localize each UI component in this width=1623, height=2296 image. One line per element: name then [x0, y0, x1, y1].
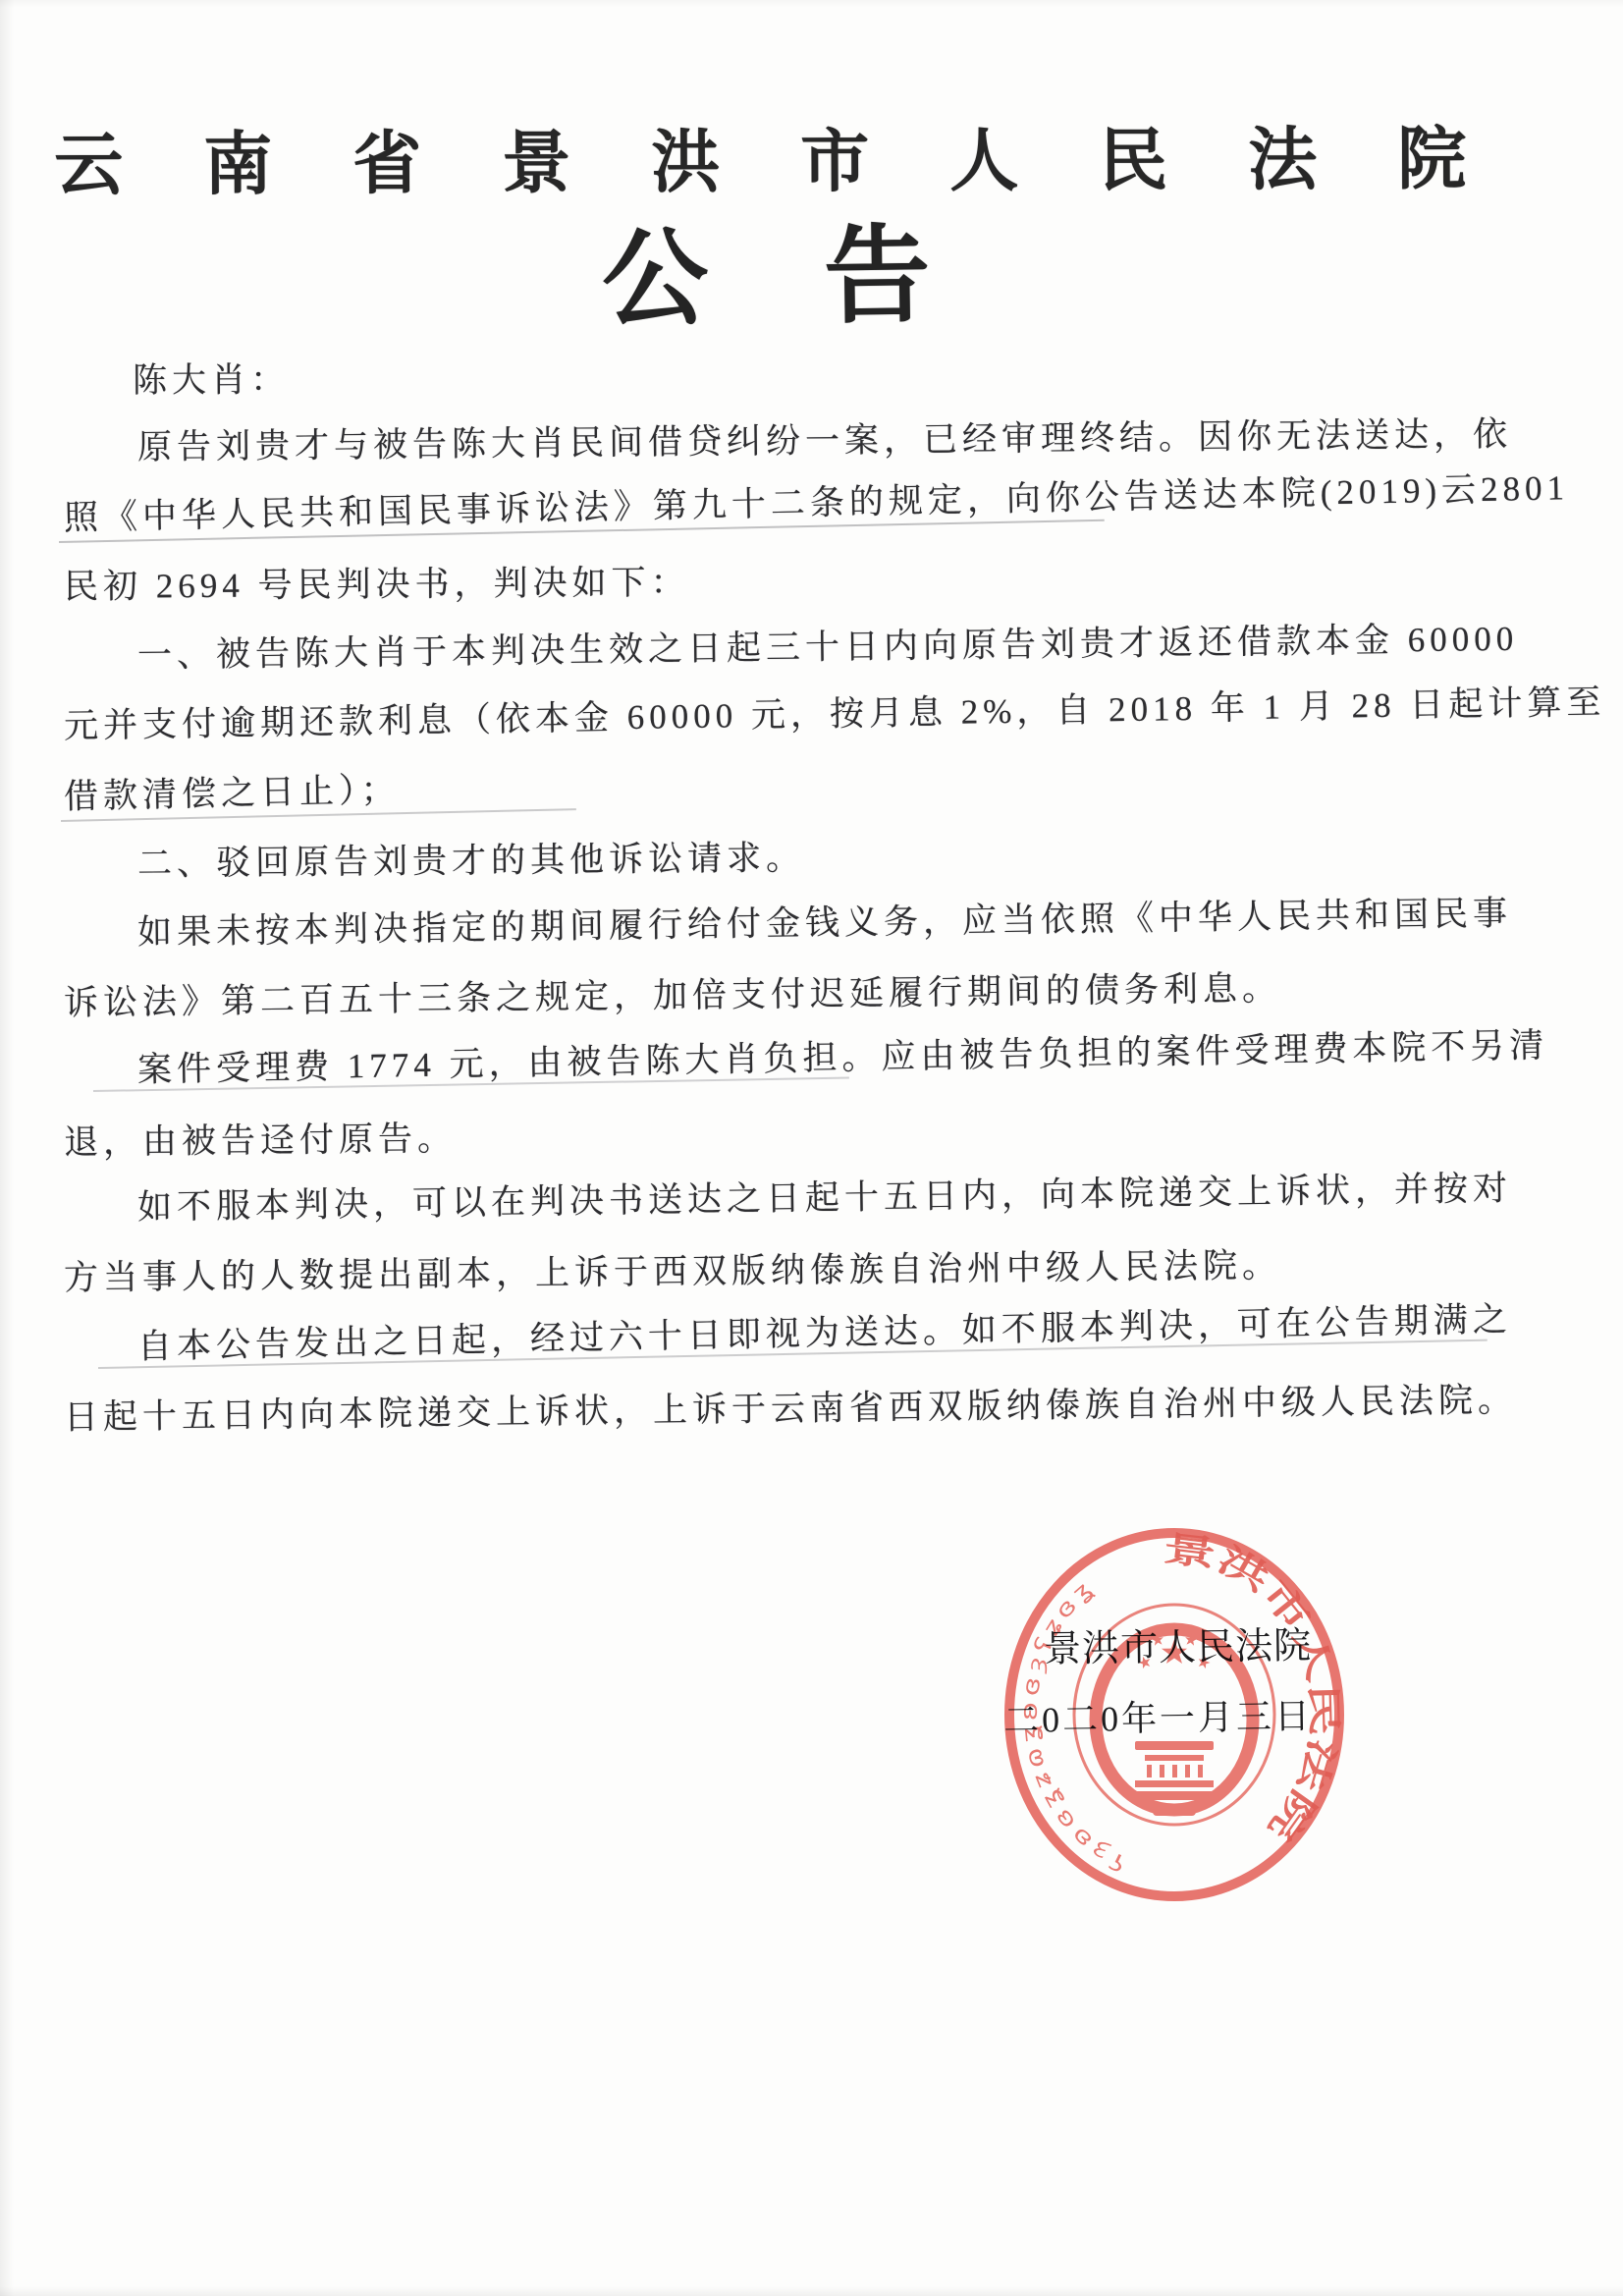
body-line: 借款清偿之日止）； — [63, 763, 401, 819]
notice-title: 公告 — [601, 189, 1047, 347]
national-emblem-icon — [1096, 1629, 1253, 1816]
body-line: 案件受理费 1774 元，由被告陈大肖负担。应由被告负担的案件受理费本院不另清 — [137, 1018, 1549, 1092]
body-line-addressee: 陈大肖： — [133, 353, 290, 403]
scanned-court-notice-page: 云南省景洪市人民法院 公告 陈大肖： 原告刘贵才与被告陈大肖民间借贷纠纷一案，已… — [0, 0, 1623, 2296]
body-line: 方当事人的人数提出副本，上诉于西双版纳傣族自治州中级人民法院。 — [64, 1238, 1281, 1300]
body-line: 退，由被告迳付原告。 — [64, 1112, 458, 1165]
body-line: 元并支付逾期还款利息（依本金 60000 元，按月息 2%，自 2018 年 1… — [64, 675, 1606, 748]
body-line: 诉讼法》第二百五十三条之规定，加倍支付迟延履行期间的债务利息。 — [64, 961, 1282, 1025]
emblem-star-small — [1196, 1655, 1211, 1669]
body-line: 日起十五日内向本院递交上诉状，上诉于云南省西双版纳傣族自治州中级人民法院。 — [64, 1373, 1518, 1440]
body-line: 如不服本判决，可以在判决书送达之日起十五日内，向本院递交上诉状，并按对 — [137, 1161, 1513, 1230]
emblem-star-large — [1162, 1639, 1187, 1664]
body-line: 自本公告发出之日起，经过六十日即视为送达。如不服本判决，可在公告期满之 — [136, 1292, 1512, 1369]
body-line: 二、驳回原告刘贵才的其他诉讼请求。 — [137, 831, 805, 886]
emblem-star-small — [1137, 1655, 1152, 1669]
body-line: 照《中华人民共和国民事诉讼法》第九十二条的规定，向你公告送达本院(2019)云2… — [63, 461, 1569, 540]
body-line: 如果未按本判决指定的期间履行给付金钱义务，应当依照《中华人民共和国民事 — [137, 886, 1513, 955]
official-seal: 景洪市人民法院 ʕȝʚɞʓʑɷʓʚɞȝʕʑɞʓ — [988, 1513, 1361, 1916]
body-line: 原告刘贵才与被告陈大肖民间借贷纠纷一案，已经审理终结。因你无法送达，依 — [137, 408, 1512, 469]
body-line: 民初 2694 号民判决书，判决如下： — [64, 556, 690, 609]
body-line: 一、被告陈大肖于本判决生效之日起三十日内向原告刘贵才返还借款本金 60000 — [137, 612, 1519, 678]
